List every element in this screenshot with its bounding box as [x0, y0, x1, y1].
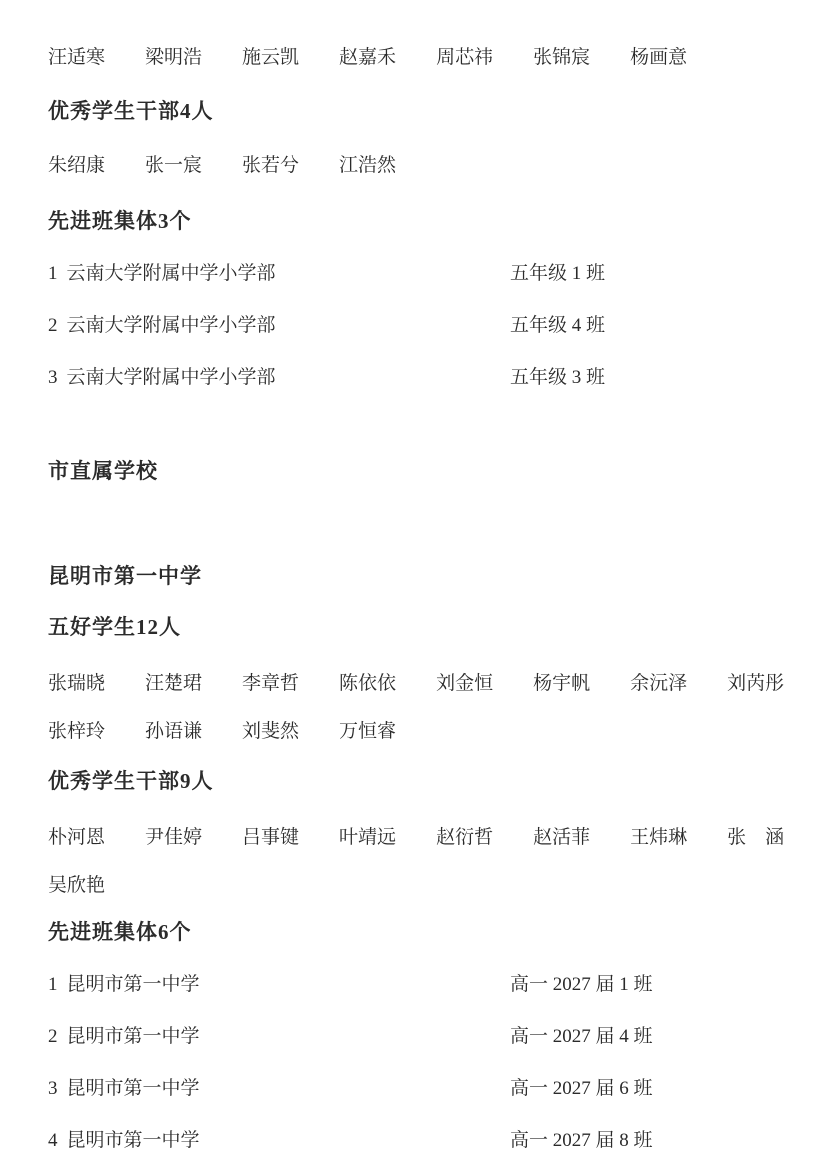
row-number: 3 — [48, 1075, 58, 1103]
student-name: 李章哲 — [242, 670, 299, 698]
row-number: 3 — [48, 364, 58, 392]
school-name: 云南大学附属中学小学部 — [67, 263, 276, 284]
student-name: 杨宇帆 — [533, 670, 590, 698]
school-cell: 3云南大学附属中学小学部 — [48, 364, 510, 392]
student-name: 赵衍哲 — [436, 824, 493, 852]
student-name: 万恒睿 — [339, 718, 396, 746]
class-row: 1昆明市第一中学 高一 2027 届 1 班 — [48, 971, 797, 999]
class-name: 高一 2027 届 4 班 — [510, 1023, 797, 1051]
student-name: 汪楚珺 — [145, 670, 202, 698]
student-name: 周芯祎 — [436, 44, 493, 72]
student-name: 尹佳婷 — [145, 824, 202, 852]
student-name: 朱绍康 — [48, 152, 105, 180]
heading-five-good-students-12: 五好学生12人 — [48, 612, 797, 642]
school-name: 昆明市第一中学 — [67, 974, 200, 995]
class-row: 1云南大学附属中学小学部 五年级 1 班 — [48, 260, 797, 288]
student-name: 梁明浩 — [145, 44, 202, 72]
student-name: 朴河恩 — [48, 824, 105, 852]
heading-outstanding-cadres-4: 优秀学生干部4人 — [48, 96, 797, 126]
school-name: 昆明市第一中学 — [67, 1026, 200, 1047]
student-name: 张锦宸 — [533, 44, 590, 72]
school-cell: 3昆明市第一中学 — [48, 1075, 510, 1103]
heading-outstanding-cadres-9: 优秀学生干部9人 — [48, 766, 797, 796]
student-name: 张梓玲 — [48, 718, 105, 746]
student-name: 吕事键 — [242, 824, 299, 852]
student-name: 刘金恒 — [436, 670, 493, 698]
student-names-row: 朱绍康 张一宸 张若兮 江浩然 — [48, 152, 797, 180]
student-name: 刘芮彤 — [727, 670, 784, 698]
class-name: 五年级 3 班 — [510, 364, 797, 392]
class-name: 高一 2027 届 8 班 — [510, 1127, 797, 1155]
class-name: 五年级 4 班 — [510, 312, 797, 340]
class-row: 2云南大学附属中学小学部 五年级 4 班 — [48, 312, 797, 340]
class-row: 2昆明市第一中学 高一 2027 届 4 班 — [48, 1023, 797, 1051]
row-number: 2 — [48, 1023, 58, 1051]
student-name: 陈依依 — [339, 670, 396, 698]
student-name: 吴欣艳 — [48, 872, 105, 900]
student-name: 刘斐然 — [242, 718, 299, 746]
class-name: 高一 2027 届 1 班 — [510, 971, 797, 999]
student-name: 张若兮 — [242, 152, 299, 180]
school-name: 昆明市第一中学 — [67, 1130, 200, 1151]
student-name: 王炜琳 — [630, 824, 687, 852]
class-row: 3昆明市第一中学 高一 2027 届 6 班 — [48, 1075, 797, 1103]
school-name: 昆明市第一中学 — [67, 1078, 200, 1099]
student-names-row: 张瑞晓 汪楚珺 李章哲 陈依依 刘金恒 杨宇帆 余沅泽 刘芮彤 — [48, 670, 797, 698]
student-name: 余沅泽 — [630, 670, 687, 698]
school-cell: 1昆明市第一中学 — [48, 971, 510, 999]
student-name: 张瑞晓 — [48, 670, 105, 698]
student-name: 赵活菲 — [533, 824, 590, 852]
heading-advanced-classes-3: 先进班集体3个 — [48, 206, 797, 236]
student-name: 赵嘉禾 — [339, 44, 396, 72]
heading-advanced-classes-6: 先进班集体6个 — [48, 917, 797, 947]
school-cell: 4昆明市第一中学 — [48, 1127, 510, 1155]
student-names-row: 张梓玲 孙语谦 刘斐然 万恒睿 — [48, 718, 797, 746]
student-names-row: 汪适寒 梁明浩 施云凯 赵嘉禾 周芯祎 张锦宸 杨画意 — [48, 44, 797, 72]
advanced-class-list: 1昆明市第一中学 高一 2027 届 1 班 2昆明市第一中学 高一 2027 … — [48, 971, 797, 1155]
student-names-row: 朴河恩 尹佳婷 吕事键 叶靖远 赵衍哲 赵活菲 王炜琳 张 涵 — [48, 824, 797, 852]
student-name: 张一宸 — [145, 152, 202, 180]
row-number: 4 — [48, 1127, 58, 1155]
row-number: 1 — [48, 971, 58, 999]
student-name: 孙语谦 — [145, 718, 202, 746]
student-names-row: 吴欣艳 — [48, 872, 797, 900]
class-name: 高一 2027 届 6 班 — [510, 1075, 797, 1103]
school-cell: 1云南大学附属中学小学部 — [48, 260, 510, 288]
document-page: 汪适寒 梁明浩 施云凯 赵嘉禾 周芯祎 张锦宸 杨画意 优秀学生干部4人 朱绍康… — [0, 0, 827, 1164]
school-cell: 2昆明市第一中学 — [48, 1023, 510, 1051]
advanced-class-list: 1云南大学附属中学小学部 五年级 1 班 2云南大学附属中学小学部 五年级 4 … — [48, 260, 797, 392]
student-name: 张 涵 — [727, 824, 784, 852]
class-row: 4昆明市第一中学 高一 2027 届 8 班 — [48, 1127, 797, 1155]
student-name: 汪适寒 — [48, 44, 105, 72]
class-name: 五年级 1 班 — [510, 260, 797, 288]
row-number: 2 — [48, 312, 58, 340]
student-name: 叶靖远 — [339, 824, 396, 852]
student-name: 杨画意 — [630, 44, 687, 72]
school-name: 云南大学附属中学小学部 — [67, 367, 276, 388]
row-number: 1 — [48, 260, 58, 288]
student-name: 江浩然 — [339, 152, 396, 180]
school-name: 云南大学附属中学小学部 — [67, 315, 276, 336]
heading-school-name: 昆明市第一中学 — [48, 561, 797, 591]
heading-city-schools: 市直属学校 — [48, 456, 797, 486]
student-name: 施云凯 — [242, 44, 299, 72]
class-row: 3云南大学附属中学小学部 五年级 3 班 — [48, 364, 797, 392]
school-cell: 2云南大学附属中学小学部 — [48, 312, 510, 340]
